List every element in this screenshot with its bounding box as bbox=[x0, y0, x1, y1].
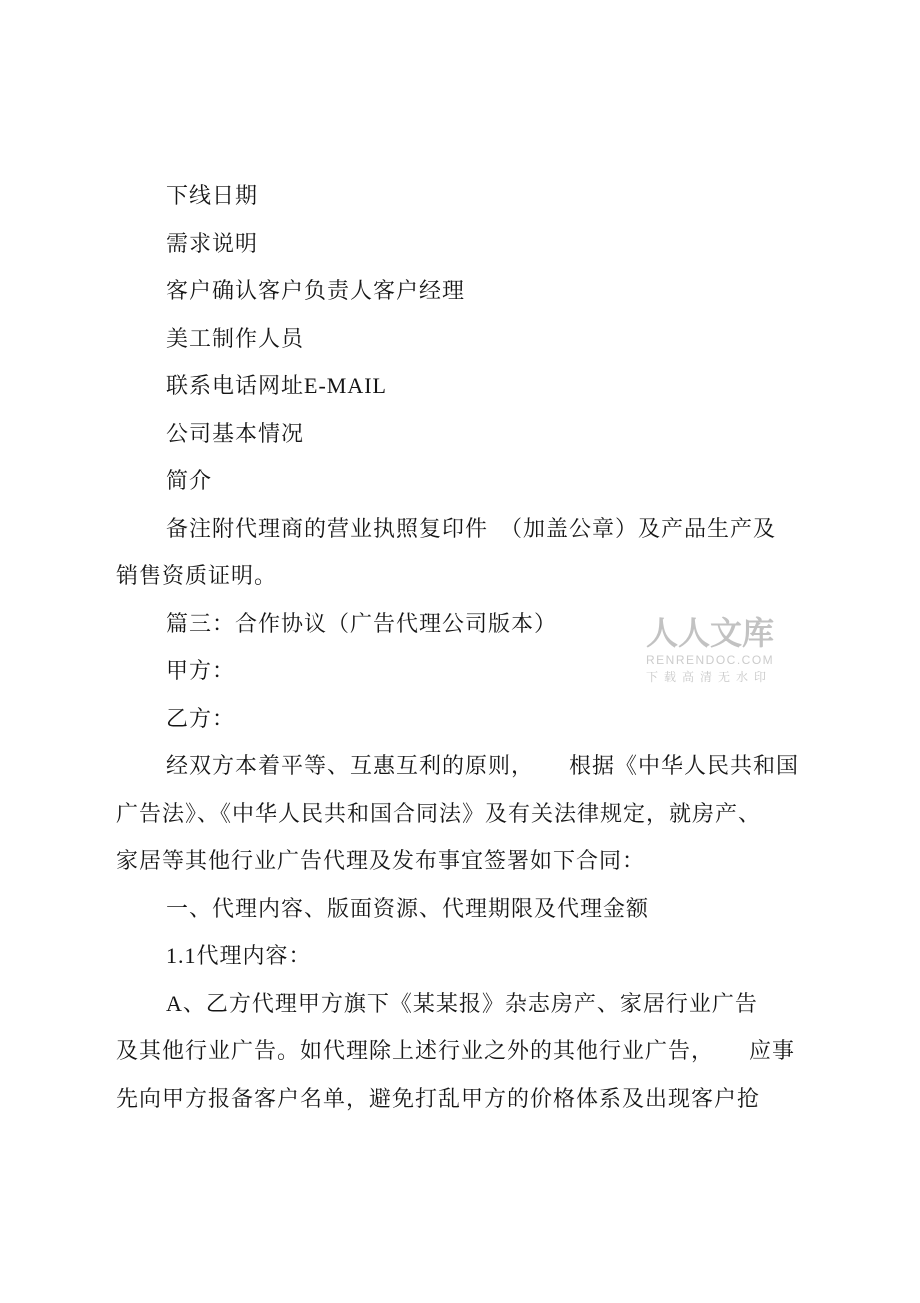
document-body: 下线日期 需求说明 客户确认客户负责人客户经理 美工制作人员 联系电话网址E-M… bbox=[116, 172, 810, 1122]
document-line: 先向甲方报备客户名单，避免打乱甲方的价格体系及出现客户抢 bbox=[116, 1075, 810, 1123]
document-line: 联系电话网址E-MAIL bbox=[116, 362, 810, 410]
document-line: 家居等其他行业广告代理及发布事宜签署如下合同： bbox=[116, 837, 810, 885]
document-line: A、乙方代理甲方旗下《某某报》杂志房产、家居行业广告 bbox=[116, 980, 810, 1028]
document-line: 备注附代理商的营业执照复印件 （加盖公章）及产品生产及 bbox=[116, 505, 810, 553]
document-line: 简介 bbox=[116, 457, 810, 505]
document-line: 乙方： bbox=[116, 695, 810, 743]
document-line: 公司基本情况 bbox=[116, 410, 810, 458]
document-line: 美工制作人员 bbox=[116, 315, 810, 363]
document-line: 广告法》、《中华人民共和国合同法》及有关法律规定，就房产、 bbox=[116, 790, 810, 838]
document-page: 下线日期 需求说明 客户确认客户负责人客户经理 美工制作人员 联系电话网址E-M… bbox=[0, 0, 920, 1303]
document-line: 客户确认客户负责人客户经理 bbox=[116, 267, 810, 315]
document-line: 1.1代理内容： bbox=[116, 932, 810, 980]
document-line: 下线日期 bbox=[116, 172, 810, 220]
document-line: 一、代理内容、版面资源、代理期限及代理金额 bbox=[116, 885, 810, 933]
document-line: 销售资质证明。 bbox=[116, 552, 810, 600]
document-line: 甲方： bbox=[116, 647, 810, 695]
document-line: 需求说明 bbox=[116, 220, 810, 268]
document-line: 及其他行业广告。如代理除上述行业之外的其他行业广告， 应事 bbox=[116, 1027, 810, 1075]
document-line: 经双方本着平等、互惠互利的原则， 根据《中华人民共和国 bbox=[116, 742, 810, 790]
document-line: 篇三：合作协议（广告代理公司版本） bbox=[116, 600, 810, 648]
